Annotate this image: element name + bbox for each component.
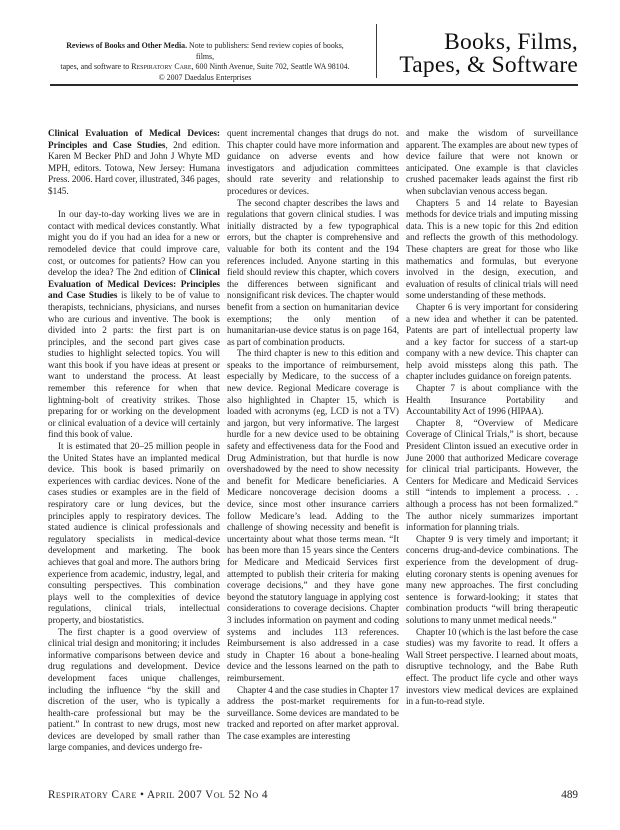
publisher-note-line-2: tapes, and software to Respiratory Care,…	[58, 62, 352, 73]
note-bold-text: Reviews of Books and Other Media.	[66, 41, 187, 50]
review-paragraph: It is estimated that 20–25 million peopl…	[48, 441, 220, 627]
note-text: tapes, and software to	[60, 62, 131, 71]
journal-footer-citation: Respiratory Care • April 2007 Vol 52 No …	[48, 789, 268, 801]
paragraph-text: Chapter 7 is about compliance with the H…	[406, 383, 578, 416]
paragraph-text: The first chapter is a good overview of …	[48, 627, 220, 753]
review-paragraph: Chapter 4 and the case studies in Chapte…	[227, 685, 399, 743]
review-paragraph: Chapter 7 is about compliance with the H…	[406, 383, 578, 418]
review-column-2: quent incremental changes that drugs do …	[227, 128, 399, 776]
review-paragraph: The second chapter describes the laws an…	[227, 198, 399, 349]
review-paragraph: quent incremental changes that drugs do …	[227, 128, 399, 198]
review-paragraph: Chapters 5 and 14 relate to Bayesian met…	[406, 198, 578, 302]
paragraph-text: Chapter 6 is very important for consider…	[406, 302, 578, 382]
section-title-line-1: Books, Films,	[348, 31, 578, 54]
paragraph-text: Chapter 9 is very timely and important; …	[406, 534, 578, 625]
review-column-3: and make the wisdom of surveillance appa…	[406, 128, 578, 776]
paragraph-text: is likely to be of value to therapists, …	[48, 290, 220, 439]
review-paragraph: Chapter 8, “Overview of Medicare Coverag…	[406, 418, 578, 534]
review-paragraph: Chapter 6 is very important for consider…	[406, 302, 578, 383]
paragraph-text: The third chapter is new to this edition…	[227, 348, 399, 683]
publisher-note-line-1: Reviews of Books and Other Media. Note t…	[58, 41, 352, 62]
journal-page: Reviews of Books and Other Media. Note t…	[0, 0, 620, 830]
paragraph-text: and make the wisdom of surveillance appa…	[406, 128, 578, 196]
header-rule	[50, 84, 578, 86]
paragraph-text: Chapter 10 (which is the last before the…	[406, 627, 578, 707]
review-paragraph: and make the wisdom of surveillance appa…	[406, 128, 578, 198]
note-text: , 600 Ninth Avenue, Suite 702, Seattle W…	[192, 62, 350, 71]
review-paragraph: Chapter 9 is very timely and important; …	[406, 534, 578, 627]
paragraph-text: quent incremental changes that drugs do …	[227, 128, 399, 196]
page-number: 489	[561, 789, 578, 801]
note-text: © 2007 Daedalus Enterprises	[159, 73, 252, 82]
publisher-note-line-3: © 2007 Daedalus Enterprises	[58, 73, 352, 84]
journal-name-smallcaps: Respiratory Care	[131, 62, 191, 71]
paragraph-text: It is estimated that 20–25 million peopl…	[48, 441, 220, 625]
paragraph-text: The second chapter describes the laws an…	[227, 198, 399, 347]
note-text: Note to publishers: Send review copies o…	[187, 41, 344, 61]
review-column-1: Clinical Evaluation of Medical Devices: …	[48, 128, 220, 776]
section-title-line-2: Tapes, & Software	[348, 54, 578, 77]
review-paragraph: In our day-to-day working lives we are i…	[48, 209, 220, 441]
review-paragraph: The third chapter is new to this edition…	[227, 348, 399, 684]
review-paragraph: Chapter 10 (which is the last before the…	[406, 627, 578, 708]
paragraph-text: Chapter 8, “Overview of Medicare Coverag…	[406, 418, 578, 532]
review-paragraph: The first chapter is a good overview of …	[48, 627, 220, 755]
paragraph-text: Chapter 4 and the case studies in Chapte…	[227, 685, 399, 741]
book-citation: Clinical Evaluation of Medical Devices: …	[48, 128, 220, 198]
section-title: Books, Films, Tapes, & Software	[348, 31, 578, 77]
publisher-note: Reviews of Books and Other Media. Note t…	[58, 41, 352, 83]
paragraph-text: Chapters 5 and 14 relate to Bayesian met…	[406, 198, 578, 301]
